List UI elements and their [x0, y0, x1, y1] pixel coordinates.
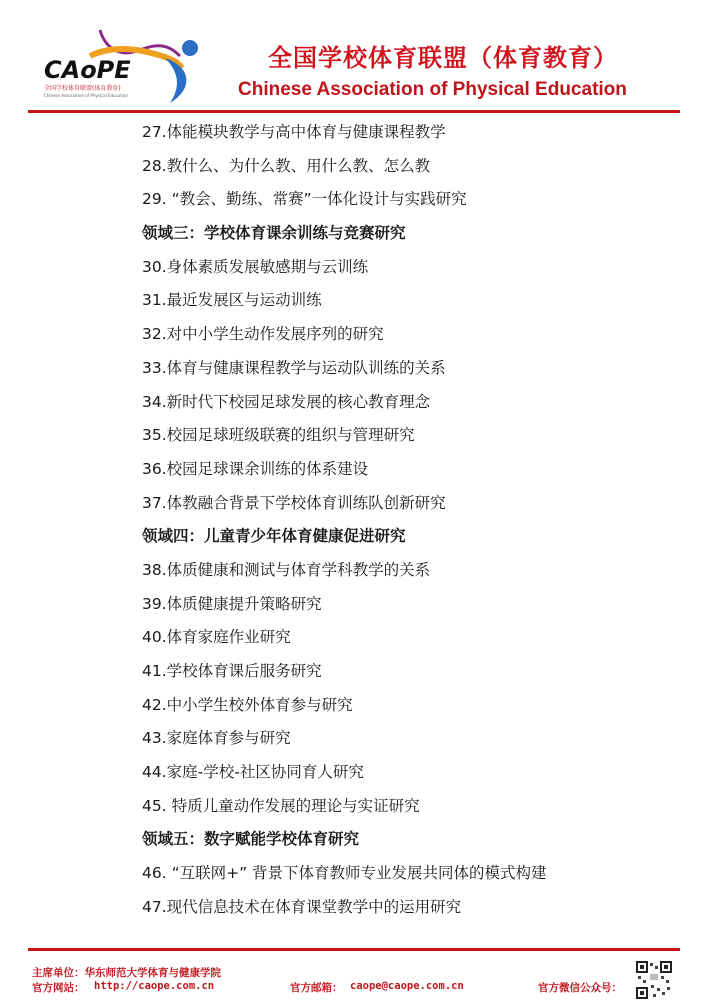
website-label: 官方网站：	[32, 980, 85, 995]
list-item: 33.体育与健康课程教学与运动队训练的关系	[142, 352, 662, 386]
section-heading: 领域五：数字赋能学校体育研究	[142, 823, 662, 857]
list-item: 46. “互联网+” 背景下体育教师专业发展共同体的模式构建	[142, 857, 662, 891]
list-item: 41.学校体育课后服务研究	[142, 655, 662, 689]
list-item: 40.体育家庭作业研究	[142, 621, 662, 655]
list-item: 32.对中小学生动作发展序列的研究	[142, 318, 662, 352]
website-link[interactable]: http://caope.com.cn	[94, 980, 214, 992]
svg-text:全国学校体育联盟(体育教育): 全国学校体育联盟(体育教育)	[44, 84, 121, 92]
email-link[interactable]: caope@caope.com.cn	[350, 980, 464, 992]
list-item: 28.教什么、为什么教、用什么教、怎么教	[142, 150, 662, 184]
list-item: 42.中小学生校外体育参与研究	[142, 689, 662, 723]
list-item: 45. 特质儿童动作发展的理论与实证研究	[142, 790, 662, 824]
topic-list: 27.体能模块教学与高中体育与健康课程教学 28.教什么、为什么教、用什么教、怎…	[142, 116, 662, 925]
wechat-label: 官方微信公众号：	[538, 980, 622, 995]
page-footer: 主席单位：华东师范大学体育与健康学院 官方网站： http://caope.co…	[0, 955, 708, 1007]
org-name-cn: 全国学校体育联盟（体育教育）	[268, 38, 618, 73]
list-item: 44.家庭-学校-社区协同育人研究	[142, 756, 662, 790]
list-item: 39.体质健康提升策略研究	[142, 588, 662, 622]
list-item: 47.现代信息技术在体育课堂教学中的运用研究	[142, 891, 662, 925]
list-item: 35.校园足球班级联赛的组织与管理研究	[142, 419, 662, 453]
section-heading: 领域四：儿童青少年体育健康促进研究	[142, 520, 662, 554]
list-item: 31.最近发展区与运动训练	[142, 284, 662, 318]
qr-code-icon	[635, 960, 673, 1000]
list-item: 43.家庭体育参与研究	[142, 722, 662, 756]
svg-text:CAoPE: CAoPE	[44, 56, 131, 84]
caope-logo-icon: CAoPE 全国学校体育联盟(体育教育) Chinese Association…	[30, 28, 210, 106]
footer-divider	[28, 948, 680, 951]
list-item: 37.体教融合背景下学校体育训练队创新研究	[142, 487, 662, 521]
email-label: 官方邮箱：	[290, 980, 343, 995]
section-heading: 领域三：学校体育课余训练与竞赛研究	[142, 217, 662, 251]
list-item: 36.校园足球课余训练的体系建设	[142, 453, 662, 487]
list-item: 27.体能模块教学与高中体育与健康课程教学	[142, 116, 662, 150]
page-header: CAoPE 全国学校体育联盟(体育教育) Chinese Association…	[0, 0, 708, 115]
list-item: 38.体质健康和测试与体育学科教学的关系	[142, 554, 662, 588]
list-item: 30.身体素质发展敏感期与云训练	[142, 251, 662, 285]
header-divider	[28, 110, 680, 113]
svg-text:Chinese Association of Physica: Chinese Association of Physical Educatio…	[44, 93, 128, 98]
list-item: 34.新时代下校园足球发展的核心教育理念	[142, 386, 662, 420]
list-item: 29. “教会、勤练、常赛”一体化设计与实践研究	[142, 183, 662, 217]
org-name-en: Chinese Association of Physical Educatio…	[238, 79, 627, 101]
host-unit: 主席单位：华东师范大学体育与健康学院	[32, 965, 221, 980]
